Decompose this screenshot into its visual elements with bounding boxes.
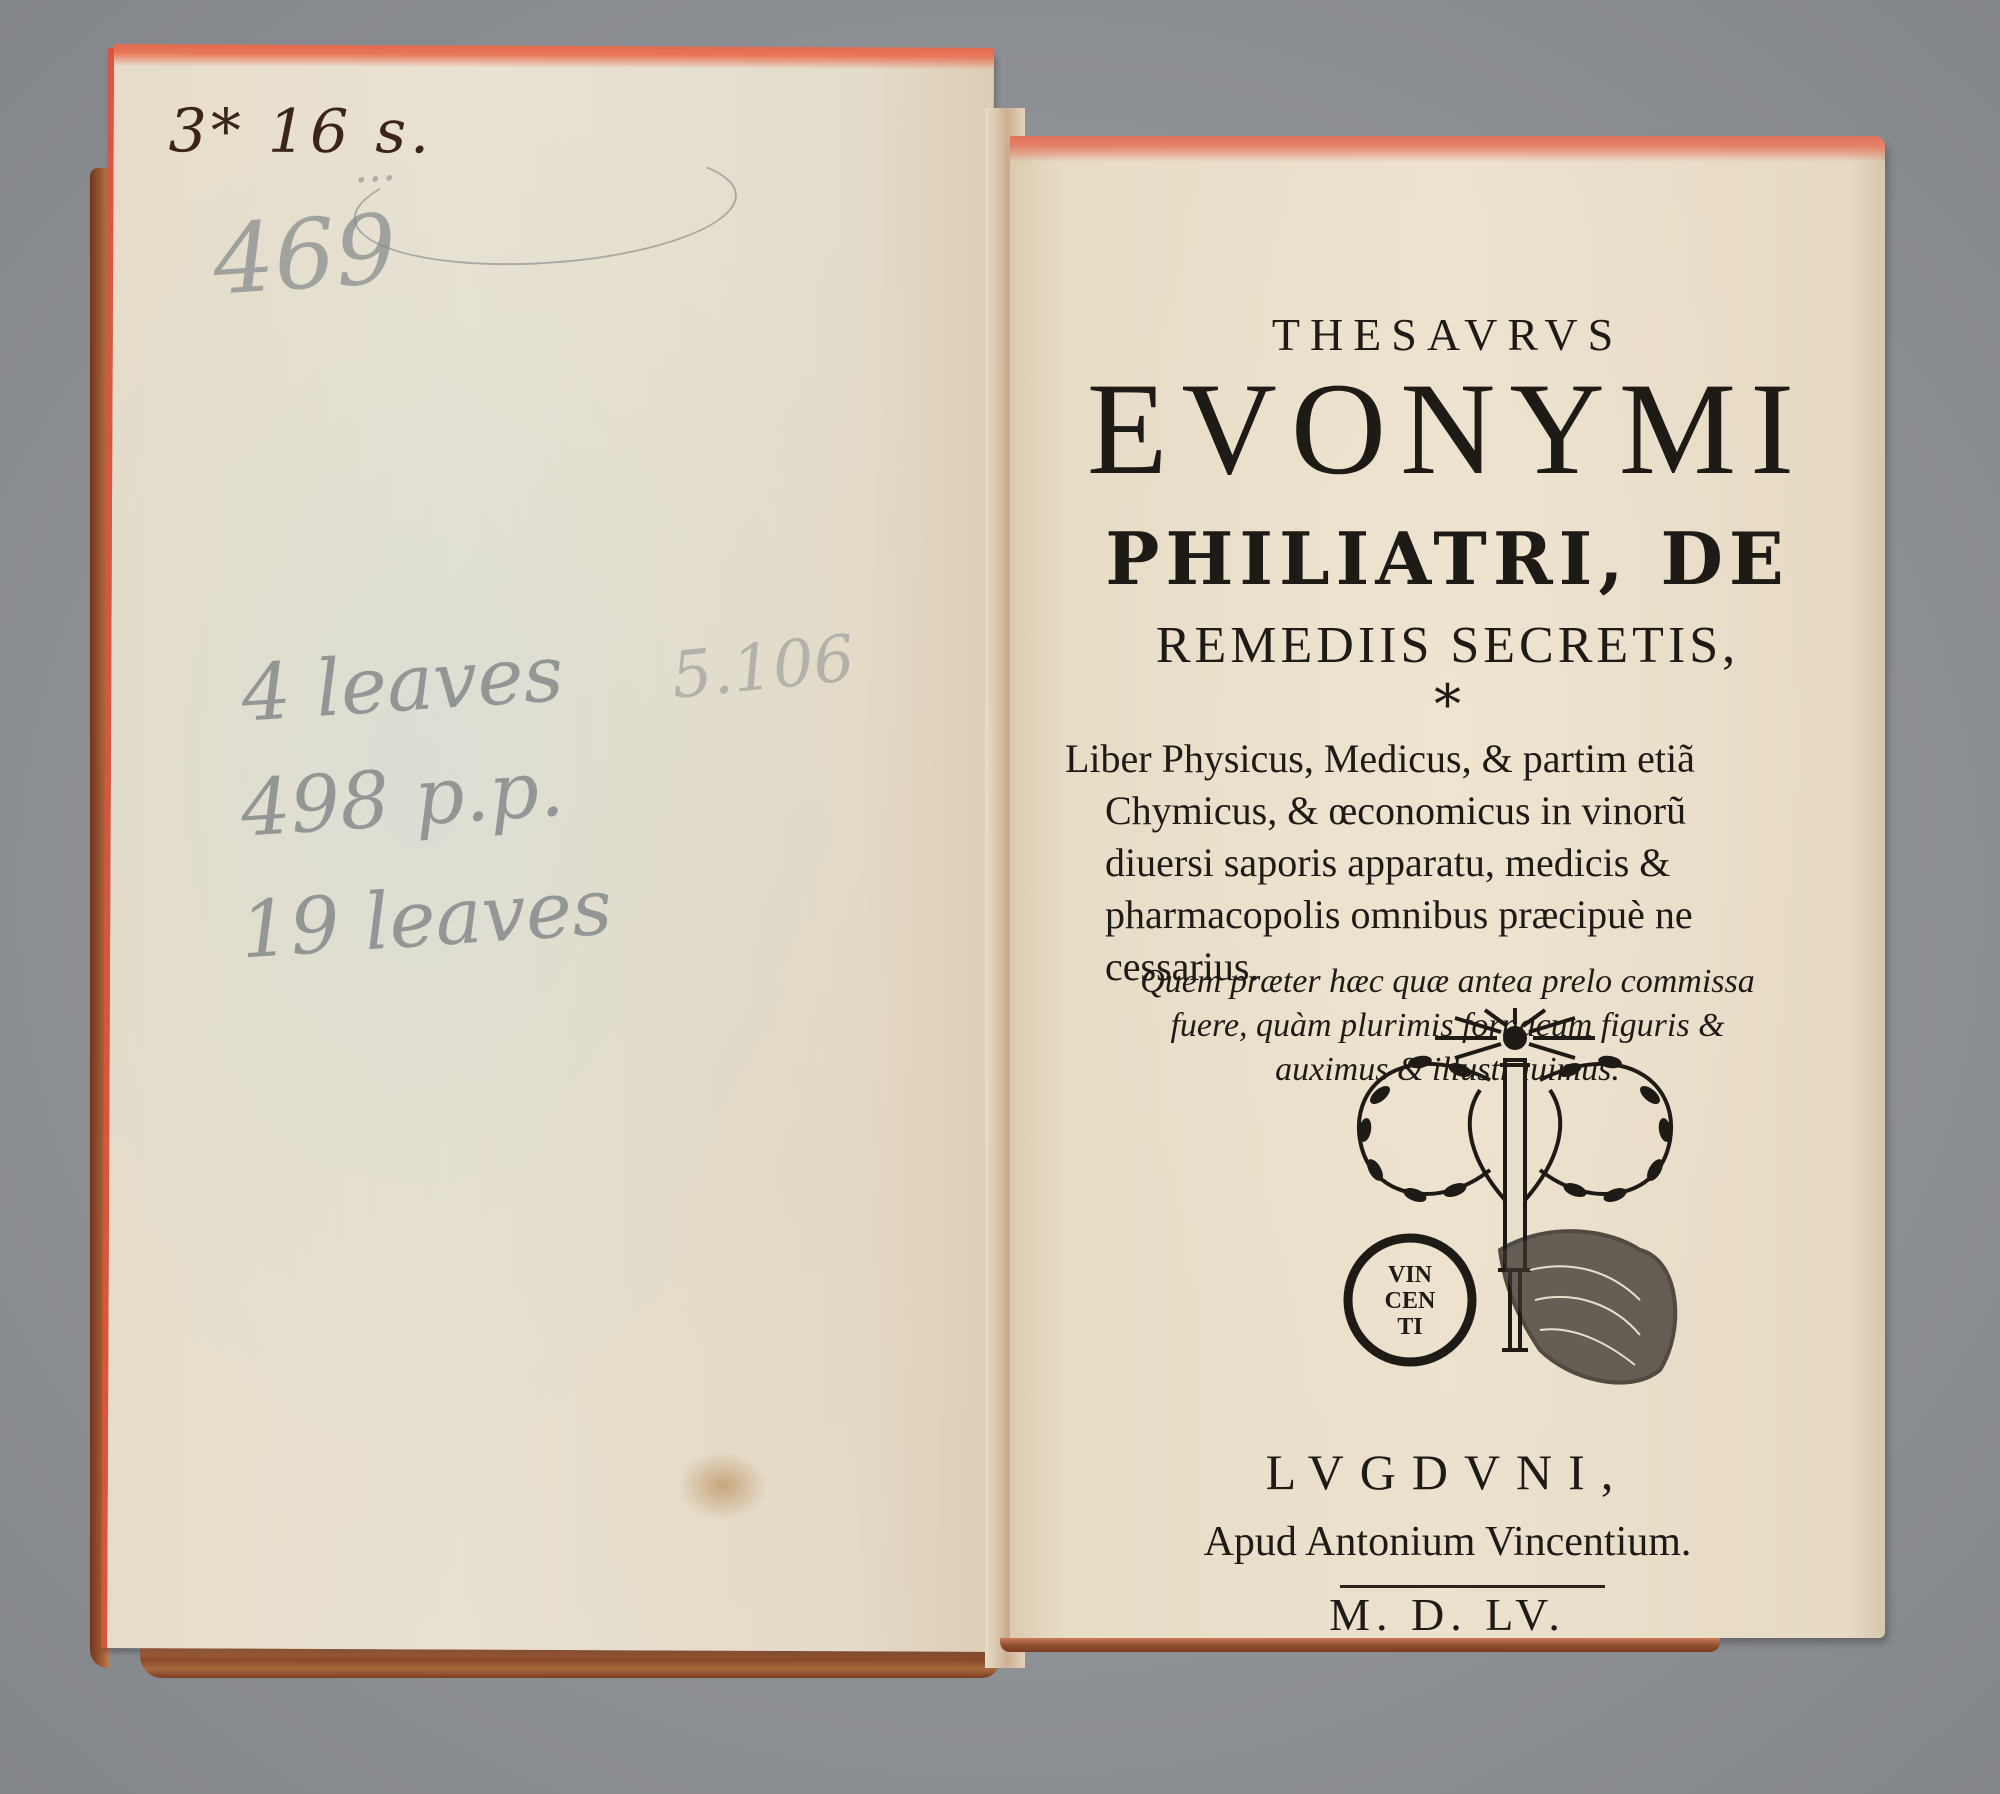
title-line-thesaurus: THESAVRVS [1010,308,1885,361]
title-page: THESAVRVS EVONYMI PHILIATRI, DE REMEDIIS… [1010,138,1885,1638]
imprint-place: LVGDVNI, [1010,1443,1885,1501]
foxing-stain [678,1451,768,1521]
title-description: Liber Physicus, Medicus, & partim etiã C… [1065,733,1825,993]
italic-line: Quem præter hæc quæ antea prelo commissa [1010,960,1885,1004]
pencil-number-note: 469 [210,193,400,317]
book-photo: 3* 16 s. ... 469 4 leaves 498 p.p. 19 le… [0,0,2000,1794]
title-line-remediis: REMEDIIS SECRETIS, [1010,616,1885,675]
collation-note-3: 19 leaves [238,862,615,976]
imprint-printer: Apud Antonium Vincentium. [1010,1518,1885,1566]
description-line: pharmacopolis omnibus præcipuè ne [1065,889,1825,941]
title-line-evonymi: EVONYMI [1010,363,1885,495]
faded-pencil-note: ... [352,140,397,194]
collation-note-1: 4 leaves [239,629,566,740]
imprint-date: M. D. LV. [1010,1588,1885,1641]
device-motto-line: TI [1397,1314,1422,1340]
printers-device-woodcut-icon: VIN CEN TI [1340,1000,1690,1400]
description-line: Liber Physicus, Medicus, & partim etiã [1065,733,1825,785]
device-motto-line: VIN [1388,1262,1433,1288]
description-line: Chymicus, & œconomicus in vinorũ [1065,785,1825,837]
open-book: 3* 16 s. ... 469 4 leaves 498 p.p. 19 le… [90,48,1900,1698]
title-line-philiatri: PHILIATRI, DE [1010,516,1885,601]
device-motto-line: CEN [1385,1288,1436,1314]
flyleaf-page: 3* 16 s. ... 469 4 leaves 498 p.p. 19 le… [101,48,994,1652]
asterisk-ornament-icon: * [1010,673,1885,736]
left-board-bottom-edge [140,1648,1000,1678]
red-top-edge [114,44,994,70]
faint-pencil-note: 5.106 [668,622,858,714]
red-top-edge [1010,136,1885,162]
collation-note-2: 498 p.p. [238,744,566,855]
description-line: diuersi saporis apparatu, medicis & [1065,837,1825,889]
bottom-edge [1000,1638,1720,1652]
